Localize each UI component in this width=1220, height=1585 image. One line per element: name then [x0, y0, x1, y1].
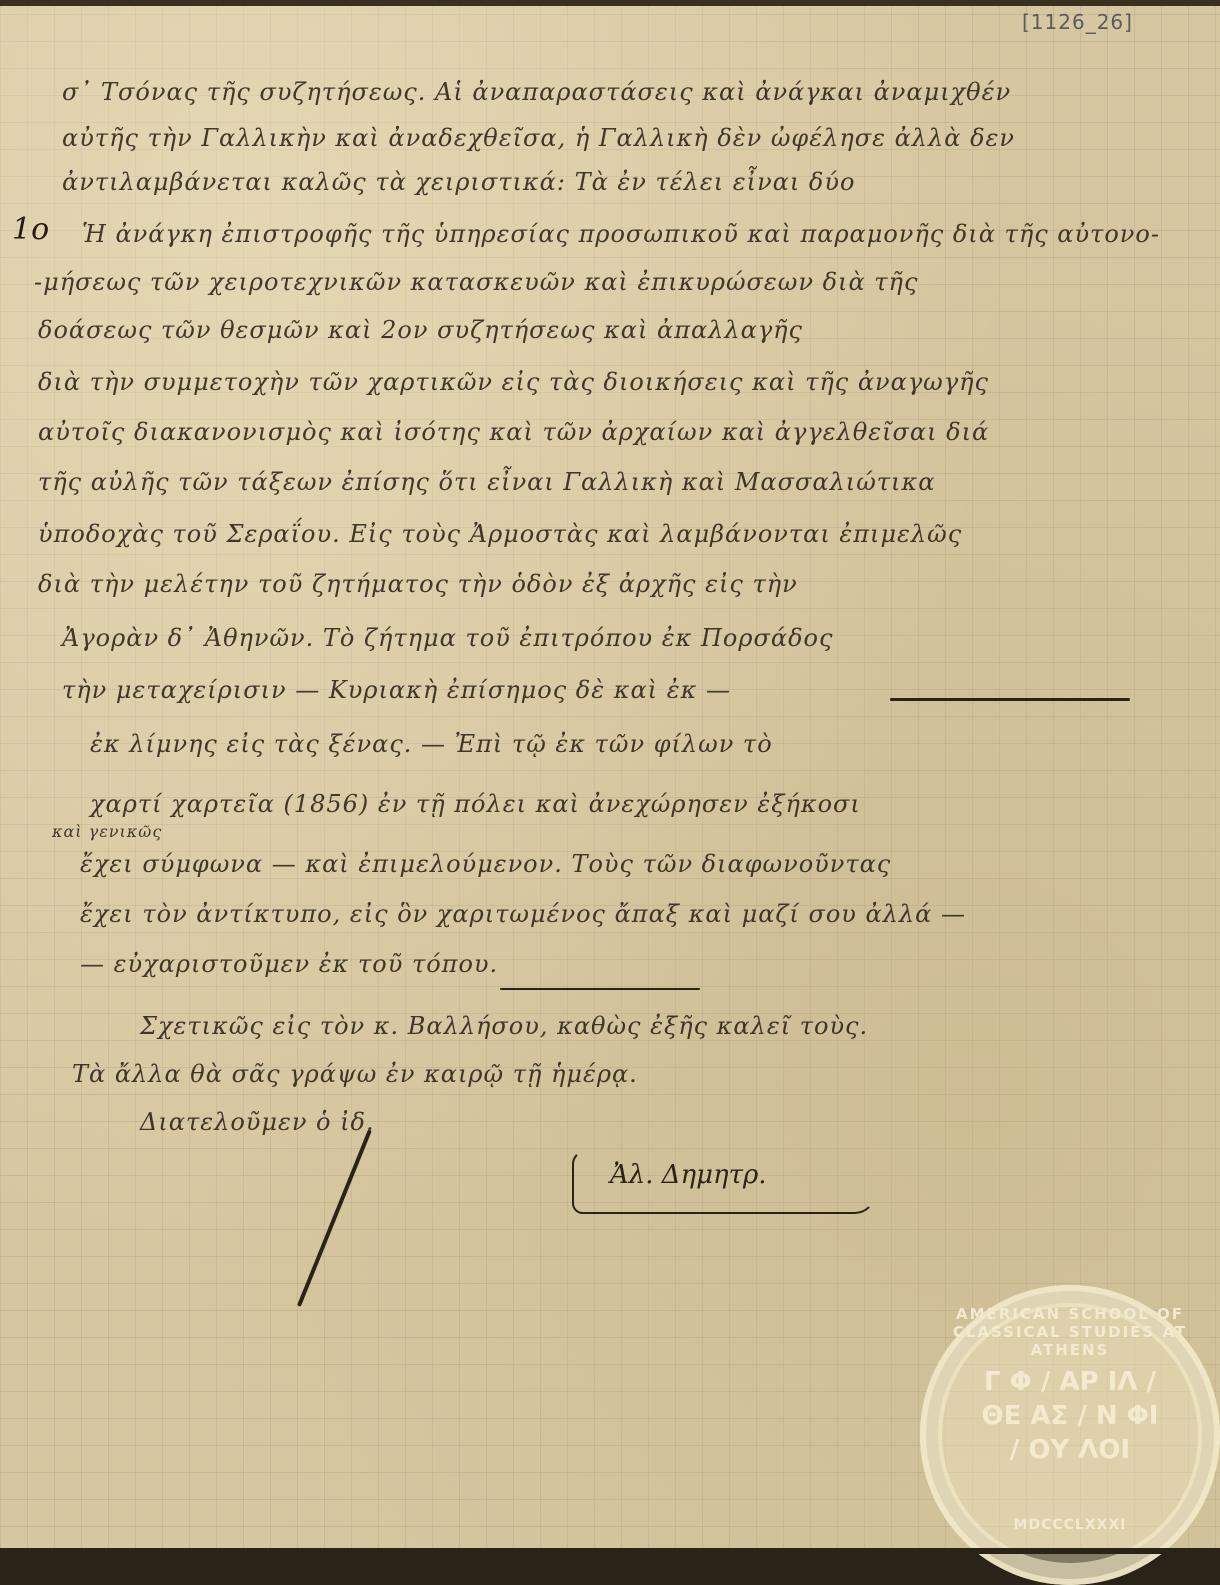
text-line: Ἀγορὰν δ᾽ Ἀθηνῶν. Τὸ ζήτημα τοῦ ἐπιτρόπο…: [62, 624, 833, 652]
text-line: ἔχει σύμφωνα — καὶ ἐπιμελούμενον. Τοὺς τ…: [80, 850, 891, 878]
archive-reference: [1126_26]: [1022, 10, 1133, 34]
text-line: — εὐχαριστοῦμεν ἐκ τοῦ τόπου.: [80, 950, 498, 978]
text-line: αὐτῆς τὴν Γαλλικὴν καὶ ἀναδεχθεῖσα, ἡ Γα…: [62, 124, 1015, 152]
text-line: τὴν μεταχείρισιν — Κυριακὴ ἐπίσημος δὲ κ…: [62, 676, 731, 704]
text-line: δοάσεως τῶν θεσμῶν καὶ 2ον συζητήσεως κα…: [38, 316, 803, 344]
text-line: ἀντιλαμβάνεται καλῶς τὰ χειριστικά: Τὰ ἐ…: [62, 168, 855, 196]
text-line: διὰ τὴν μελέτην τοῦ ζητήματος τὴν ὁδὸν ἐ…: [38, 570, 798, 598]
text-line: -μήσεως τῶν χειροτεχνικῶν κατασκευῶν καὶ…: [34, 268, 918, 296]
text-line: διὰ τὴν συμμετοχὴν τῶν χαρτικῶν εἰς τὰς …: [38, 368, 989, 396]
seal-ring-text: AMERICAN SCHOOL OF CLASSICAL STUDIES AT …: [920, 1305, 1220, 1359]
separator-line: [500, 988, 700, 990]
marginal-note: καὶ γενικῶς: [52, 822, 162, 841]
text-line: ὑποδοχὰς τοῦ Σεραΐου. Εἰς τοὺς Ἀρμοστὰς …: [38, 520, 962, 548]
text-line: Τὰ ἄλλα θὰ σᾶς γράψω ἐν καιρῷ τῇ ἡμέρᾳ.: [72, 1060, 638, 1088]
pen-flourish: [297, 1129, 372, 1307]
text-line: τῆς αὐλῆς τῶν τάξεων ἐπίσης ὅτι εἶναι Γα…: [38, 468, 935, 496]
seal-center-text: Γ Φ / ΑΡ ΙΛ / ΘΕ ΑΣ / Ν ΦΙ / ΟΥ ΛΟΙ: [980, 1365, 1160, 1467]
scan-bottom-edge: [0, 1548, 1220, 1554]
text-line: ἔχει τὸν ἀντίκτυπο, εἰς ὃν χαριτωμένος ἄ…: [80, 900, 966, 928]
text-line: Σχετικῶς εἰς τὸν κ. Βαλλήσου, καθὼς ἐξῆς…: [140, 1012, 868, 1040]
text-line: χαρτί χαρτεῖα (1856) ἐν τῇ πόλει καὶ ἀνε…: [90, 790, 861, 818]
marker-first: 1ο: [12, 212, 49, 247]
scan-top-edge: [0, 0, 1220, 6]
manuscript-page: [1126_26] σ᾽ Τσόνας τῆς συζητήσεως. Αἱ ἀ…: [0, 0, 1220, 1554]
seal-year: MDCCCLXXXI: [920, 1517, 1220, 1533]
strike-line: [890, 698, 1130, 701]
closing-line: Διατελοῦμεν ὁ ἰδ.: [140, 1108, 375, 1136]
text-line: σ᾽ Τσόνας τῆς συζητήσεως. Αἱ ἀναπαραστάσ…: [62, 78, 1011, 106]
text-line: ἐκ λίμνης εἰς τὰς ξένας. — Ἐπὶ τῷ ἐκ τῶν…: [90, 730, 773, 758]
text-line: Ἡ ἀνάγκη ἐπιστροφῆς τῆς ὑπηρεσίας προσωπ…: [82, 220, 1160, 248]
text-line: αὐτοῖς διακανονισμὸς καὶ ἰσότης καὶ τῶν …: [38, 418, 989, 446]
signature: Ἀλ. Δημητρ.: [610, 1160, 767, 1190]
institution-seal: AMERICAN SCHOOL OF CLASSICAL STUDIES AT …: [920, 1285, 1220, 1554]
